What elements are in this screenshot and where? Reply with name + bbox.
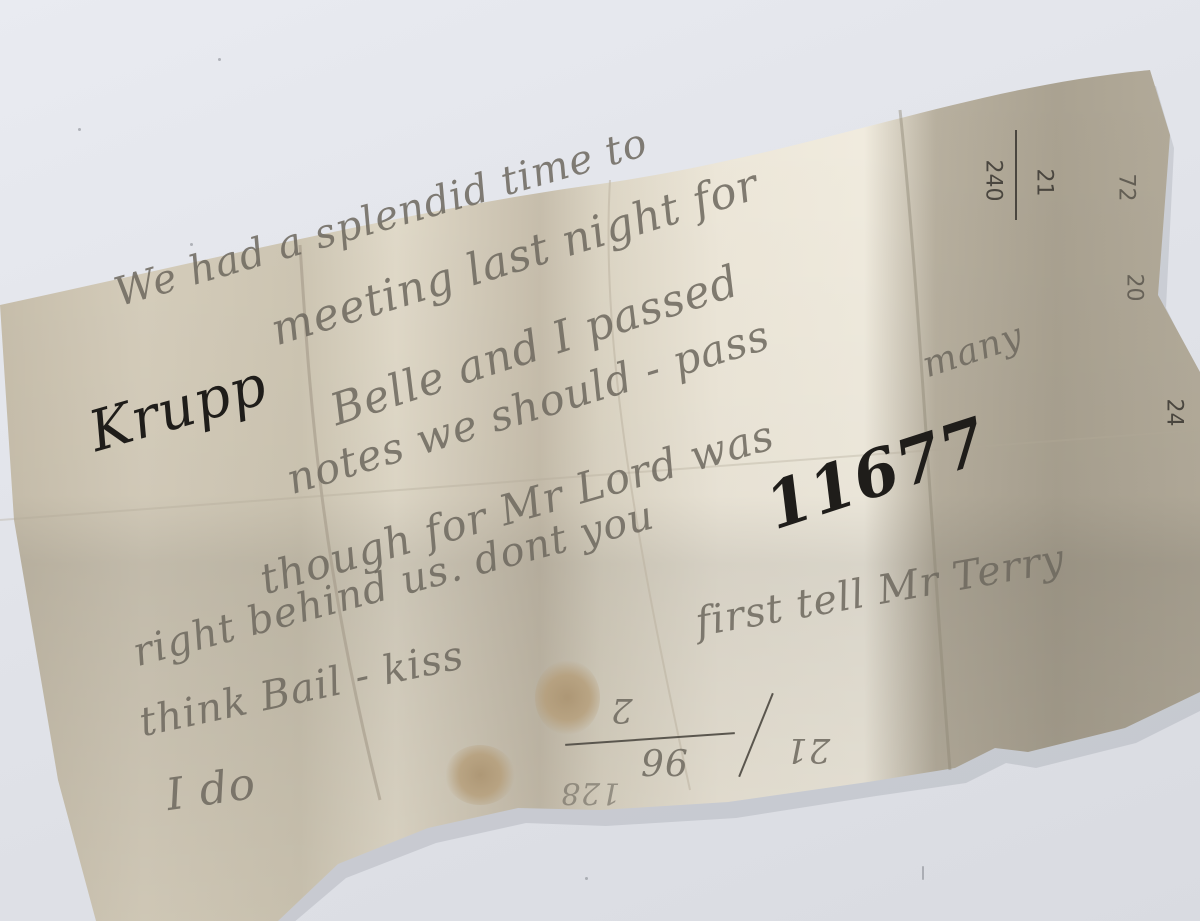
calc-divisor: 21 (785, 730, 830, 770)
stain (535, 660, 600, 735)
margin-fraction-line (1015, 130, 1017, 220)
margin-edge-top: 72 (1114, 174, 1139, 202)
stain (445, 745, 515, 805)
margin-fraction-bottom: 240 (981, 160, 1006, 202)
torn-paper-note: We had a splendid time to meeting last n… (0, 0, 1200, 921)
margin-fraction-top: 21 (1032, 169, 1057, 197)
calc-numerator: 2 (610, 690, 633, 730)
calc-bottom: 128 (560, 775, 620, 810)
margin-edge-right: 24 (1162, 399, 1187, 427)
calc-denominator: 96 (640, 740, 688, 781)
margin-edge-mid: 20 (1122, 274, 1147, 302)
